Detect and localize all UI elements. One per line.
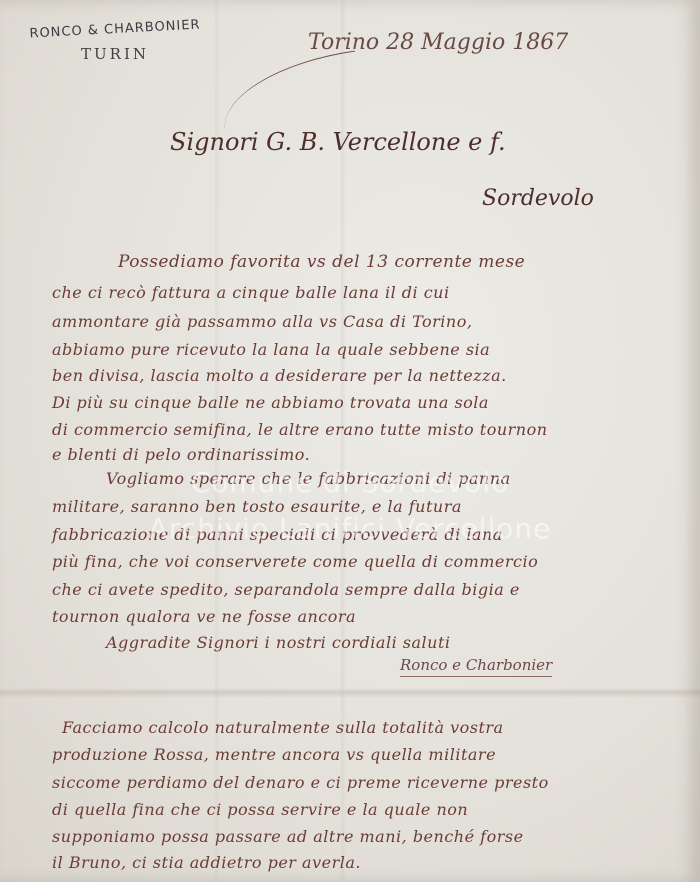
body-line: Aggradite Signori i nostri cordiali salu… <box>106 633 451 652</box>
body-line: Vogliamo sperare che le fabbricazioni di… <box>106 469 511 488</box>
body-line: e blenti di pelo ordinarissimo. <box>52 445 310 464</box>
postscript-line: Facciamo calcolo naturalmente sulla tota… <box>62 718 504 737</box>
body-line: Possediamo favorita vs del 13 corrente m… <box>118 252 525 272</box>
body-line: ammontare già passammo alla vs Casa di T… <box>52 312 472 331</box>
recipient-place: Sordevolo <box>482 186 594 211</box>
body-line: tournon qualora ve ne fosse ancora <box>52 607 356 626</box>
postscript-line: il Bruno, ci stia addietro per averla. <box>52 853 361 872</box>
postscript-line: supponiamo possa passare ad altre mani, … <box>52 827 524 846</box>
signature: Ronco e Charbonier <box>400 656 552 677</box>
letter-date: Torino 28 Maggio 1867 <box>308 30 568 55</box>
body-line: ben divisa, lascia molto a desiderare pe… <box>52 366 507 385</box>
body-line: che ci avete spedito, separandola sempre… <box>52 580 520 599</box>
body-line: militare, saranno ben tosto esaurite, e … <box>52 497 462 516</box>
postscript-line: di quella fina che ci possa servire e la… <box>52 800 468 819</box>
body-line: fabbricazione di panni speciali ci provv… <box>52 525 503 544</box>
body-line: più fina, che voi conserverete come quel… <box>52 552 538 571</box>
company-name: RONCO & CHARBONIER <box>20 17 211 42</box>
body-line: abbiamo pure ricevuto la lana la quale s… <box>52 340 490 359</box>
company-city: TURIN <box>20 45 210 63</box>
letterhead: RONCO & CHARBONIER TURIN <box>20 12 210 63</box>
postscript-line: siccome perdiamo del denaro e ci preme r… <box>52 773 549 792</box>
body-line: che ci recò fattura a cinque balle lana … <box>52 283 450 302</box>
body-line: Di più su cinque balle ne abbiamo trovat… <box>52 393 489 412</box>
recipient: Signori G. B. Vercellone e f. <box>170 128 506 156</box>
body-line: di commercio semifina, le altre erano tu… <box>52 420 548 439</box>
postscript-line: produzione Rossa, mentre ancora vs quell… <box>52 745 496 764</box>
